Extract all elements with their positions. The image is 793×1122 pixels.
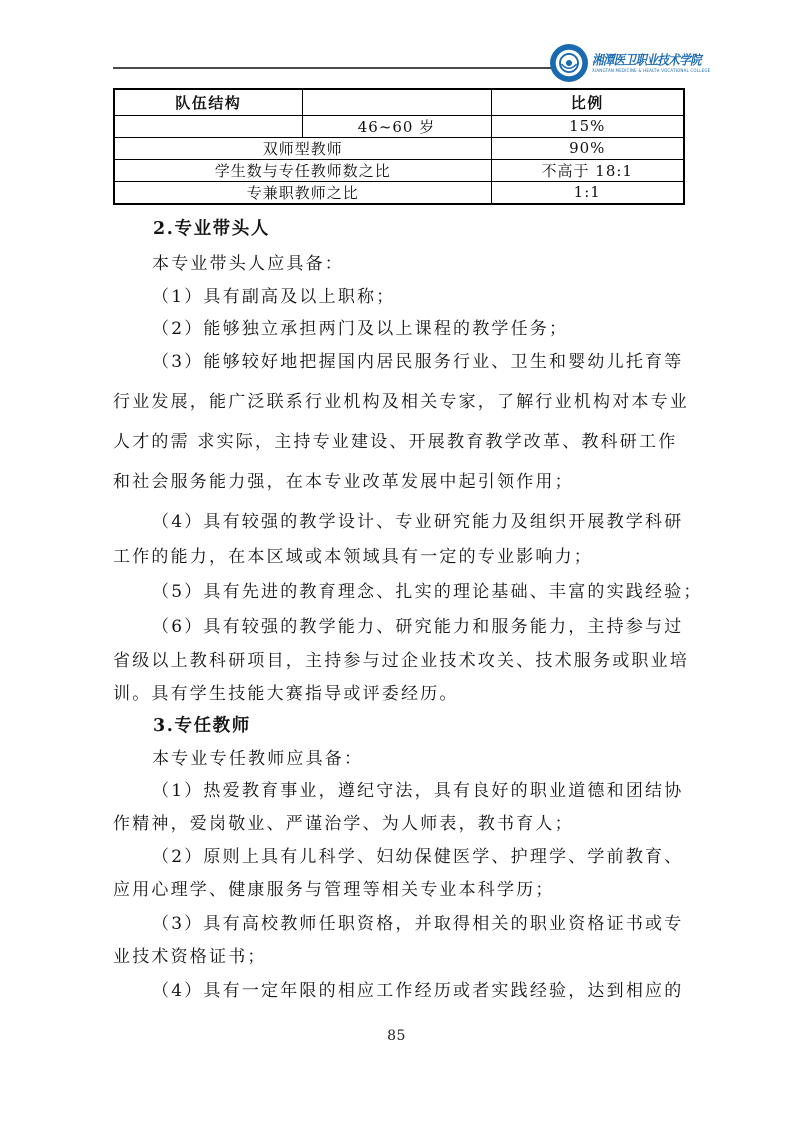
body-line: （3）具有高校教师任职资格，并取得相关的职业资格证书或专	[152, 913, 683, 935]
body-line: （2）能够独立承担两门及以上课程的教学任务；	[152, 318, 568, 340]
body-line: 作精神，爱岗敬业、严谨治学、为人师表，教书育人；	[113, 813, 574, 835]
body-line: （4）具有一定年限的相应工作经历或者实践经验，达到相应的	[152, 980, 683, 1002]
body-line: 行业发展，能广泛联系行业机构及相关专家，了解行业机构对本专业	[113, 391, 689, 413]
body-line: （1）具有副高及以上职称；	[152, 286, 395, 308]
body-line: （1）热爱教育事业，遵纪守法，具有良好的职业道德和团结协	[152, 780, 683, 802]
body-line: 省级以上教科研项目，主持参与过企业技术攻关、技术服务或职业培	[113, 650, 689, 672]
body-line: 训。具有学生技能大赛指导或评委经历。	[113, 683, 459, 705]
body-line: （4）具有较强的教学设计、专业研究能力及组织开展教学科研	[152, 511, 683, 533]
document-page: { "header": { "college_name_zh": "湘潭医卫职业…	[0, 0, 793, 1122]
section-heading-2: 2.专业带头人	[153, 218, 270, 240]
body-line: 和社会服务能力强，在本专业改革发展中起引领作用；	[113, 471, 574, 493]
body-line: 业技术资格证书；	[113, 946, 267, 968]
body-line: 工作的能力，在本区域或本领域具有一定的专业影响力；	[113, 546, 593, 568]
body-line: 本专业带头人应具备：	[152, 253, 344, 275]
body-line: 本专业专任教师应具备：	[152, 748, 363, 770]
body-line: （6）具有较强的教学能力、研究能力和服务能力，主持参与过	[152, 616, 683, 638]
page-number: 85	[0, 1028, 793, 1044]
body-line: 人才的需 求实际，主持专业建设、开展教育教学改革、教科研工作	[113, 431, 677, 453]
section-heading-3: 3.专任教师	[153, 715, 251, 737]
document-body: 2.专业带头人 本专业带头人应具备： （1）具有副高及以上职称； （2）能够独立…	[113, 0, 683, 1122]
body-line: （5）具有先进的教育理念、扎实的理论基础、丰富的实践经验；	[152, 581, 703, 603]
body-line: 应用心理学、健康服务与管理等相关专业本科学历；	[113, 879, 555, 901]
body-line: （2）原则上具有儿科学、妇幼保健医学、护理学、学前教育、	[152, 846, 683, 868]
body-line: （3）能够较好地把握国内居民服务行业、卫生和婴幼儿托育等	[152, 351, 683, 373]
